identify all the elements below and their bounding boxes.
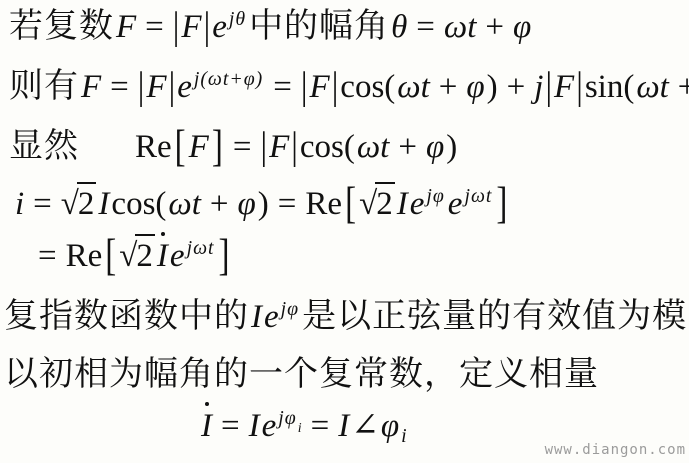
formula-segment: ] — [219, 229, 230, 285]
formula-segment: = — [221, 408, 240, 444]
formula-segment: jφ — [278, 407, 296, 429]
formula-segment: | — [301, 63, 308, 112]
formula-segment: 中的幅角 — [249, 8, 389, 45]
formula-segment: ωt — [168, 186, 200, 222]
formula-segment: ) — [487, 69, 498, 105]
formula-segment: √2 — [119, 234, 155, 277]
formula-segment: F — [116, 9, 136, 45]
formula-segment: | — [291, 123, 298, 172]
formula-line-premise: 若复数F=|F|ejθ中的幅角θ=ωt+φ — [8, 6, 532, 49]
formula-segment: ωt — [397, 69, 429, 105]
formula-segment: | — [576, 63, 583, 112]
formula-segment: ] — [496, 177, 507, 233]
formula-segment: 是以正弦量的有效值为模， — [302, 298, 689, 335]
formula-segment: I — [98, 186, 109, 222]
formula-segment: ) — [258, 186, 269, 222]
formula-segment: cos( — [111, 186, 166, 222]
formula-segment: = — [416, 9, 435, 45]
formula-segment: = — [233, 129, 252, 165]
formula-segment: e — [262, 408, 277, 444]
formula-segment: i — [298, 420, 302, 435]
formula-line-current-instantaneous: i=√2Icos(ωt+φ)=Re[√2Iejφejωt] — [14, 182, 509, 225]
phasor-dotted-symbol: I — [201, 406, 212, 447]
formula-segment: I — [338, 408, 349, 444]
formula-segment: = — [110, 69, 129, 105]
formula-segment: √2 — [61, 182, 97, 225]
formula-segment: 复指数函数中的 — [4, 298, 249, 335]
formula-segment: φ — [238, 186, 256, 222]
formula-line-phasor-definition: I=Iejφi=I∠φi — [200, 406, 408, 447]
formula-segment: 若复数 — [9, 8, 114, 45]
formula-segment: cos( — [340, 69, 395, 105]
formula-segment: + — [210, 186, 229, 222]
formula-segment: e — [212, 9, 227, 45]
formula-segment: ∠ — [351, 408, 379, 444]
formula-segment: Re — [135, 129, 172, 165]
formula-segment: jωt — [187, 237, 215, 259]
formula-segment: = — [145, 9, 164, 45]
formula-segment: Re — [66, 238, 103, 274]
formula-segment: F — [310, 69, 330, 105]
formula-segment: φ — [466, 69, 484, 105]
formula-segment: e — [177, 69, 192, 105]
formula-segment: j — [534, 69, 543, 105]
formula-segment: I — [397, 186, 408, 222]
formula-segment: φ — [381, 408, 399, 444]
formula-segment: F — [146, 69, 166, 105]
explanation-text-line-2: 以初相为幅角的一个复常数，定义相量 — [3, 354, 600, 397]
formula-segment: | — [545, 63, 552, 112]
formula-segment: F — [81, 69, 101, 105]
formula-segment: √2 — [359, 182, 395, 225]
formula-segment: jφ — [426, 185, 444, 207]
formula-segment: i — [401, 425, 407, 447]
formula-segment: θ — [391, 9, 407, 45]
watermark-text: www.diangon.com — [545, 442, 686, 458]
formula-line-phasor-substitution: =Re[√2Iejωt] — [30, 234, 232, 277]
formula-segment: = — [33, 186, 52, 222]
formula-segment: | — [260, 123, 267, 172]
formula-segment: [ — [345, 177, 356, 233]
formula-segment: + — [398, 129, 417, 165]
phasor-dotted-symbol: I — [157, 236, 168, 277]
formula-segment: | — [138, 63, 145, 112]
formula-segment: e — [170, 238, 185, 274]
formula-segment: F — [189, 129, 209, 165]
formula-segment: j(ωt+φ) — [194, 68, 263, 90]
formula-segment: ωt — [636, 69, 668, 105]
document-canvas: { "page": { "background": "#fdfdfa", "te… — [0, 0, 689, 463]
formula-segment: F — [554, 69, 574, 105]
formula-segment: I — [249, 408, 260, 444]
formula-segment: | — [204, 3, 211, 52]
formula-segment: sin( — [585, 69, 635, 105]
formula-segment: 显然 — [9, 128, 79, 165]
formula-segment: ] — [212, 120, 223, 176]
formula-segment: e — [264, 299, 279, 335]
formula-segment: jωt — [464, 185, 492, 207]
formula-segment: F — [269, 129, 289, 165]
formula-segment: φ — [513, 9, 531, 45]
formula-segment: ωt — [444, 9, 476, 45]
formula-segment: = — [273, 69, 292, 105]
formula-segment: + — [678, 69, 689, 105]
formula-segment: [ — [105, 229, 116, 285]
formula-segment: = — [38, 238, 57, 274]
formula-segment: cos( — [300, 129, 355, 165]
formula-segment: φ — [426, 129, 444, 165]
formula-segment: e — [410, 186, 425, 222]
radicand: 2 — [77, 182, 97, 225]
formula-segment: | — [169, 63, 176, 112]
formula-segment: i — [15, 186, 24, 222]
formula-line-euler-expansion: 则有F=|F|ej(ωt+φ)=|F|cos(ωt+φ)+j|F|sin(ωt+… — [8, 66, 689, 109]
formula-segment: + — [507, 69, 526, 105]
formula-segment: | — [173, 3, 180, 52]
radicand: 2 — [135, 234, 155, 277]
formula-segment: e — [448, 186, 463, 222]
formula-segment: ) — [446, 129, 457, 165]
formula-line-real-part: 显然Re[F]=|F|cos(ωt+φ) — [8, 126, 458, 169]
formula-segment: jθ — [229, 8, 246, 30]
formula-segment: 则有 — [9, 68, 79, 105]
formula-segment: F — [181, 9, 201, 45]
formula-segment: + — [485, 9, 504, 45]
formula-segment: I — [251, 299, 262, 335]
formula-segment: ωt — [357, 129, 389, 165]
formula-segment: = — [278, 186, 297, 222]
formula-segment: = — [311, 408, 330, 444]
explanation-text-line-1: 复指数函数中的Iejφ是以正弦量的有效值为模， — [3, 296, 689, 339]
formula-segment: Re — [305, 186, 342, 222]
formula-segment: | — [332, 63, 339, 112]
radicand: 2 — [375, 182, 395, 225]
formula-segment: + — [439, 69, 458, 105]
formula-segment: jφ — [281, 298, 299, 320]
formula-segment: 以初相为幅角的一个复常数，定义相量 — [4, 356, 599, 393]
formula-segment: [ — [175, 120, 186, 176]
